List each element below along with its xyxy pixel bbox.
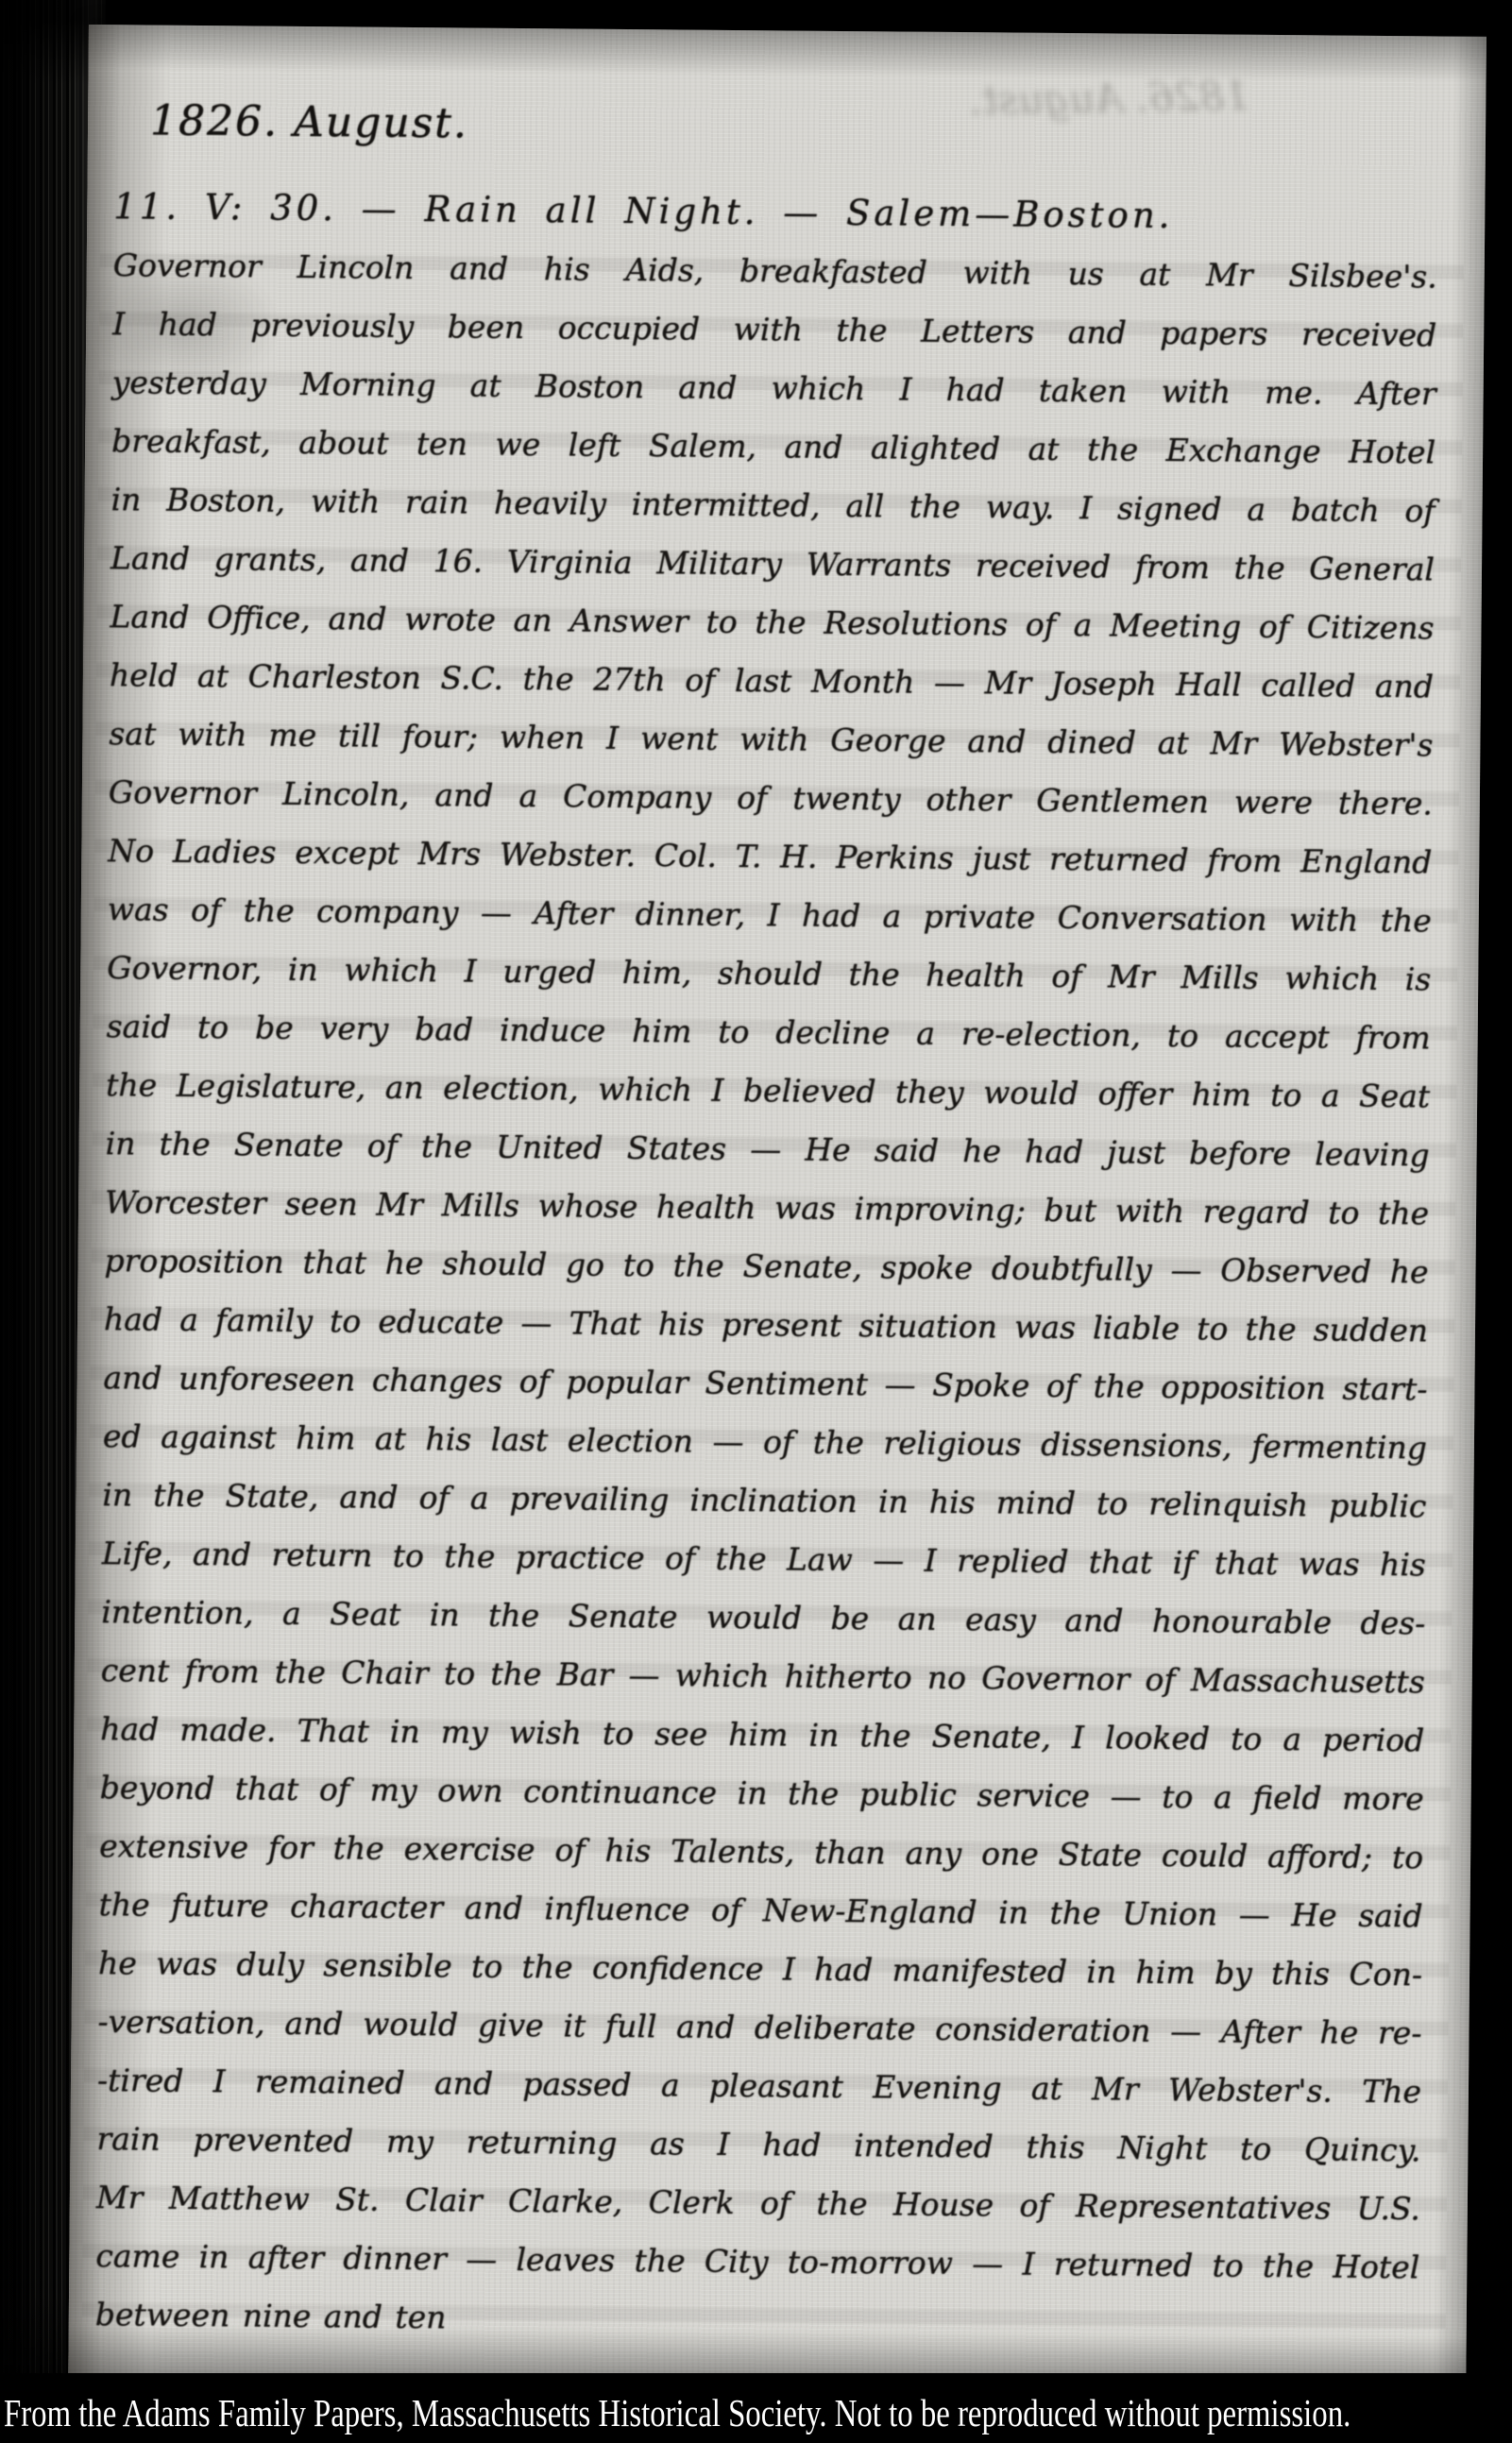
credit-bar: From the Adams Family Papers, Massachuse… <box>0 2373 1512 2443</box>
page-header-date: 1826. August. <box>150 101 468 145</box>
credit-text: From the Adams Family Papers, Massachuse… <box>4 2390 1351 2435</box>
entry-line: between nine and ten <box>95 2285 1419 2355</box>
diary-entry: 11. V: 30. — Rain all Night. — Salem—Bos… <box>95 178 1438 2355</box>
bleed-through-ghost-text: 1826. August. <box>969 71 1250 127</box>
manuscript-page: 1826. August. 1826. August. 11. V: 30. —… <box>68 25 1487 2388</box>
